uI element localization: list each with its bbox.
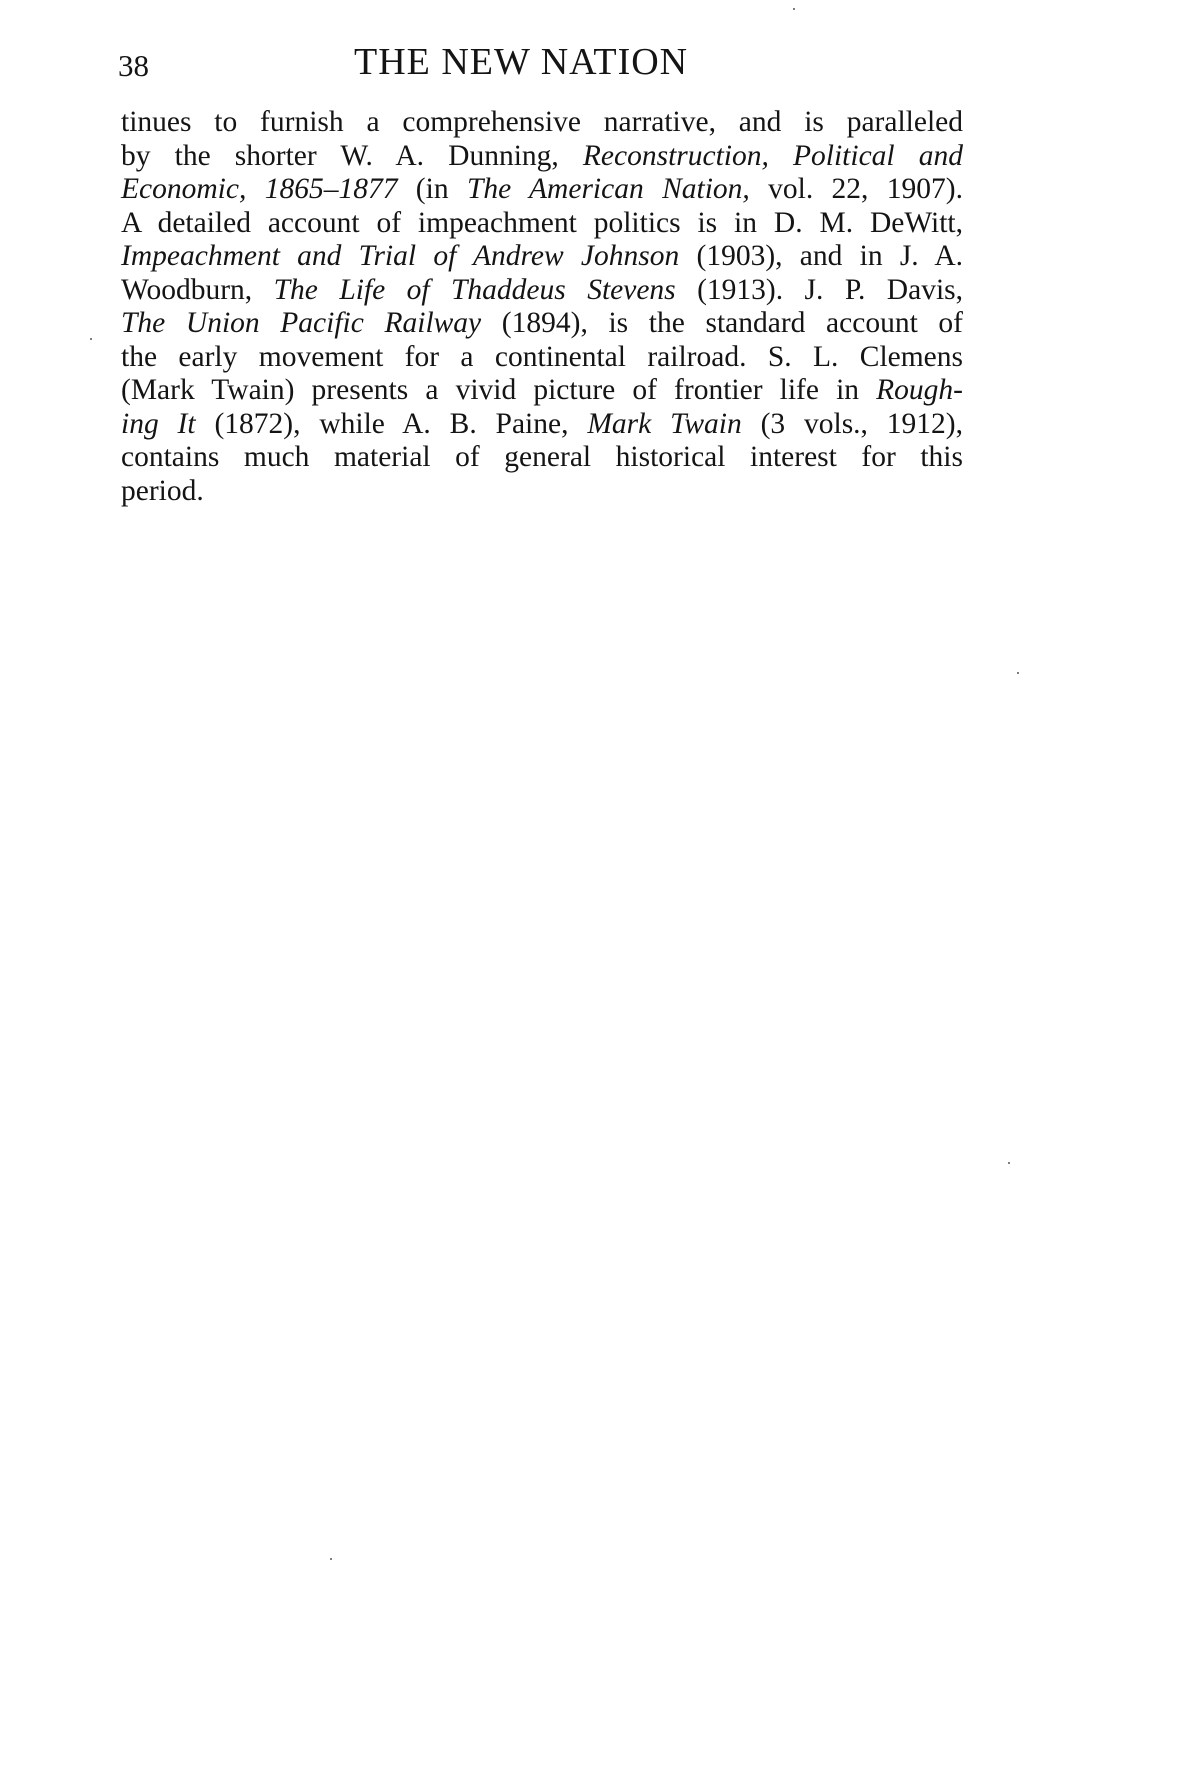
italic-title: Impeachment and Trial of Andrew Johnson [121, 240, 679, 272]
text-line: contains much material of general histor… [121, 441, 963, 475]
text-run: (in [397, 173, 467, 205]
text-line: tinues to furnish a comprehensive narrat… [121, 106, 963, 140]
italic-title: ing It [121, 408, 196, 440]
scan-speck [1017, 672, 1019, 674]
text-run: A detailed account of impeachment politi… [121, 207, 963, 239]
text-run: (Mark Twain) presents a vivid picture of… [121, 374, 876, 406]
text-run: the early movement for a continental rai… [121, 341, 963, 373]
text-line: the early movement for a continental rai… [121, 341, 963, 375]
text-line: ing It (1872), while A. B. Paine, Mark T… [121, 408, 963, 442]
text-run: Woodburn, [121, 274, 274, 306]
scan-speck [330, 1558, 332, 1560]
page-header: 38 THE NEW NATION [118, 40, 963, 90]
text-run: by the shorter W. A. Dunning, [121, 140, 583, 172]
scan-speck [1008, 1162, 1010, 1164]
page-number: 38 [118, 48, 149, 84]
text-line: Woodburn, The Life of Thaddeus Stevens (… [121, 274, 963, 308]
text-run: (3 vols., 1912), [742, 408, 963, 440]
italic-title: Rough- [876, 374, 963, 406]
text-run: period. [121, 475, 204, 507]
italic-title: The Life of Thaddeus Stevens [274, 274, 676, 306]
scan-speck [793, 8, 795, 10]
italic-title: The American Nation, [467, 173, 750, 205]
text-line: Impeachment and Trial of Andrew Johnson … [121, 240, 963, 274]
text-line: A detailed account of impeachment politi… [121, 207, 963, 241]
italic-title: The Union Pacific Railway [121, 307, 481, 339]
text-run: tinues to furnish a comprehensive narrat… [121, 106, 963, 138]
text-run: (1872), while A. B. Paine, [196, 408, 588, 440]
italic-title: Economic, 1865–1877 [121, 173, 397, 205]
text-run: (1913). J. P. Davis, [676, 274, 963, 306]
text-run: (1894), is the standard account of [481, 307, 963, 339]
text-line: Economic, 1865–1877 (in The American Nat… [121, 173, 963, 207]
text-line: (Mark Twain) presents a vivid picture of… [121, 374, 963, 408]
text-run: contains much material of general histor… [121, 441, 963, 473]
running-title: THE NEW NATION [354, 40, 688, 84]
text-run: (1903), and in J. A. [679, 240, 963, 272]
text-line: by the shorter W. A. Dunning, Reconstruc… [121, 140, 963, 174]
italic-title: Reconstruction, Political and [583, 140, 963, 172]
body-paragraph: tinues to furnish a comprehensive narrat… [121, 106, 963, 508]
italic-title: Mark Twain [587, 408, 741, 440]
text-run: vol. 22, 1907). [750, 173, 963, 205]
text-line: The Union Pacific Railway (1894), is the… [121, 307, 963, 341]
text-line: period. [121, 475, 963, 509]
scan-speck [90, 338, 92, 340]
